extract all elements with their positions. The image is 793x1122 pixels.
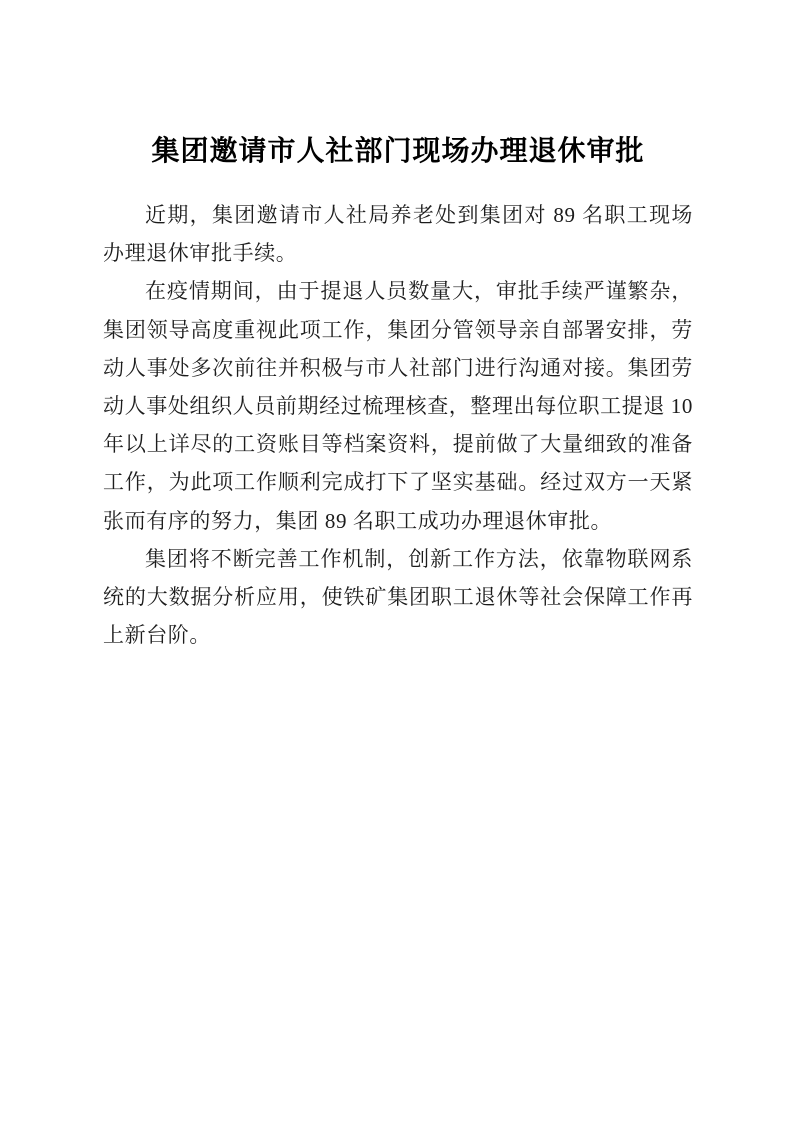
paragraph-2: 在疫情期间，由于提退人员数量大，审批手续严谨繁杂，集团领导高度重视此项工作，集团… xyxy=(103,272,693,539)
document-title: 集团邀请市人社部门现场办理退休审批 xyxy=(103,136,693,168)
document-page: 集团邀请市人社部门现场办理退休审批 近期，集团邀请市人社局养老处到集团对 89 … xyxy=(0,0,793,1122)
document-body: 近期，集团邀请市人社局养老处到集团对 89 名职工现场办理退休审批手续。 在疫情… xyxy=(103,196,693,654)
paragraph-1: 近期，集团邀请市人社局养老处到集团对 89 名职工现场办理退休审批手续。 xyxy=(103,196,693,272)
paragraph-3: 集团将不断完善工作机制，创新工作方法，依靠物联网系统的大数据分析应用，使铁矿集团… xyxy=(103,540,693,655)
